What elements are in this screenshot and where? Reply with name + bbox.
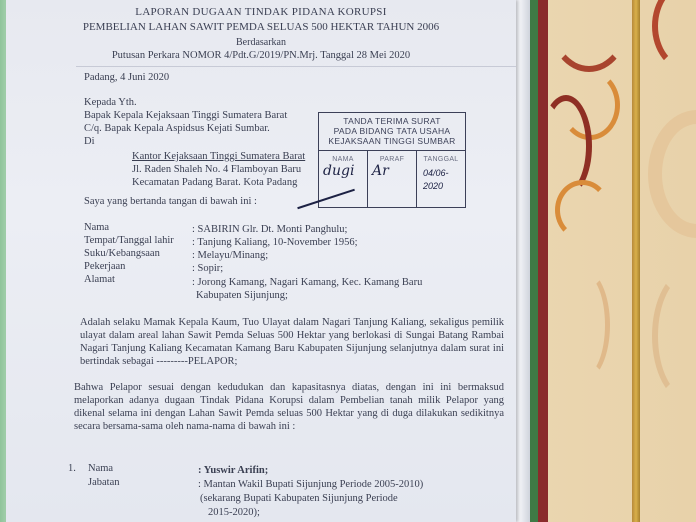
basis-label: Berdasarkan <box>6 37 516 50</box>
title-line-1: LAPORAN DUGAAN TINDAK PIDANA KORUPSI <box>6 6 516 19</box>
received-date: 04/06-2020 <box>423 167 465 192</box>
place-date: Padang, 4 Juni 2020 <box>84 72 169 85</box>
document-body: LAPORAN DUGAAN TINDAK PIDANA KORUPSI PEM… <box>6 0 516 522</box>
case-reference: Putusan Perkara NOMOR 4/Pdt.G/2019/PN.Mr… <box>6 50 516 63</box>
header-divider <box>76 66 516 67</box>
ornament <box>555 180 610 240</box>
recipient-line-2: C/q. Bapak Kepala Aspidsus Kejati Sumbar… <box>84 123 270 136</box>
recipient-office: Kantor Kejaksaan Tinggi Sumatera Barat <box>132 151 305 164</box>
recipient-address-1: Jl. Raden Shaleh No. 4 Flamboyan Baru <box>132 164 301 177</box>
paragraph-report-intent: Bahwa Pelapor sesuai dengan kedudukan da… <box>74 381 504 433</box>
recipient-salutation: Kepada Yth. <box>84 97 137 110</box>
wallpaper-stripe <box>632 0 640 522</box>
stamp-heading: TANDA TERIMA SURAT PADA BIDANG TATA USAH… <box>319 113 465 146</box>
stamp-paraf-cell: PARAF Ar <box>368 151 417 207</box>
signature: dugi <box>323 165 354 178</box>
title-line-2: PEMBELIAN LAHAN SAWIT PEMDA SELUAS 500 H… <box>6 21 516 34</box>
recipient-line-1: Bapak Kepala Kejaksaan Tinggi Sumatera B… <box>84 110 287 123</box>
letter-page: LAPORAN DUGAAN TINDAK PIDANA KORUPSI PEM… <box>6 0 516 522</box>
intro-line: Saya yang bertanda tangan di bawah ini : <box>84 196 257 209</box>
paraf-signature: Ar <box>372 165 389 178</box>
paragraph-reporter-status: Adalah selaku Mamak Kepala Kaum, Tuo Ula… <box>80 316 504 368</box>
stamp-date-cell: TANGGAL 04/06-2020 <box>417 151 465 207</box>
ornament <box>560 270 610 380</box>
stamp-grid: NAMA dugi PARAF Ar TANGGAL 04/06-2020 <box>319 150 465 207</box>
recipient-line-3: Di <box>84 136 95 149</box>
recipient-address-2: Kecamatan Padang Barat. Kota Padang <box>132 177 297 190</box>
